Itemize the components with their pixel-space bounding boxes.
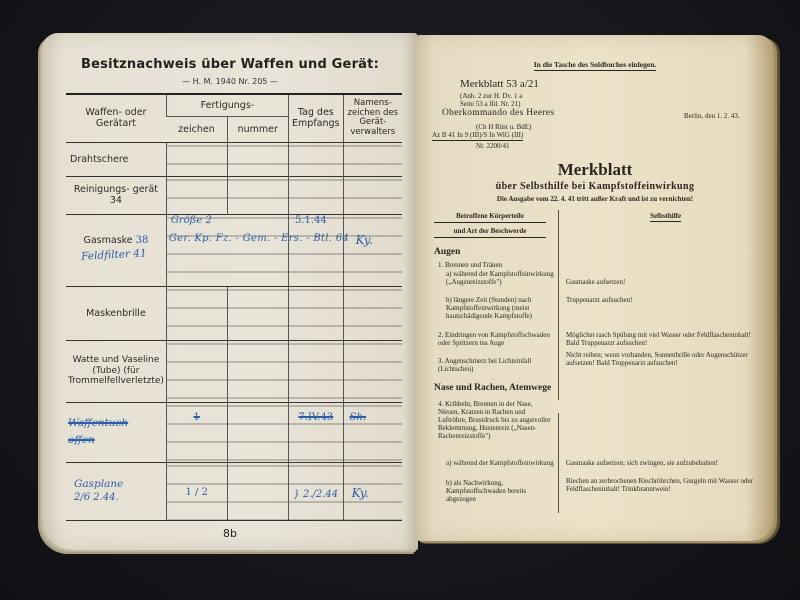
- cell: [166, 286, 227, 340]
- complaint-item: a) während der Kampfstoffeinwirkung: [446, 459, 554, 467]
- cell: [166, 340, 227, 402]
- handwritten-gasplane: Gasplane: [74, 479, 164, 490]
- cell: [343, 286, 402, 340]
- handwritten-signature: Ky.: [356, 233, 373, 247]
- col-header-mark: zeichen: [166, 116, 227, 142]
- complaint-item: b) längere Zeit (Stunden) nach Kampfstof…: [446, 296, 554, 320]
- cell: [227, 176, 288, 214]
- right-page-merkblatt: In die Tasche des Soldbuches einlegen. M…: [416, 35, 774, 541]
- cell: [227, 286, 288, 340]
- leaflet-title: Merkblatt: [416, 160, 774, 180]
- handwritten-item-struck-2: offen: [68, 435, 164, 446]
- leaflet-subtitle: über Selbsthilfe bei Kampfstoffeinwirkun…: [416, 181, 774, 192]
- office-code: (Ch H Rüst u. BdE): [476, 123, 531, 131]
- left-page-equipment-record: Besitznachweis über Waffen und Gerät: — …: [42, 33, 418, 550]
- cell: [343, 340, 402, 402]
- col-header-number: nummer: [227, 116, 288, 142]
- table-row: Watte und Vaseline (Tube) (für Trommelfe…: [66, 340, 402, 402]
- row-label: Maskenbrille: [66, 286, 166, 340]
- selfhelp-item: Gasmaske aufsetzen!: [566, 278, 625, 286]
- col-header-date-received: Tag des Empfangs: [288, 94, 343, 142]
- cell: [227, 402, 288, 462]
- section-heading-respiratory: Nase und Rachen, Atemwege: [434, 383, 551, 393]
- equipment-table: Waffen- oder Gerätart Fertigungs- Tag de…: [66, 93, 402, 521]
- annex-reference: (Anh. 2 zur H. Dv. 1 a Seite 53 a lfd. N…: [460, 92, 522, 108]
- supersede-note: Die Ausgabe vom 22. 4. 41 tritt außer Kr…: [416, 195, 774, 203]
- selfhelp-item: Truppenarzt aufsuchen!: [566, 296, 632, 304]
- cell: Sh.: [343, 402, 402, 462]
- table-row-struck: Waffentuch offen 1 7.IV.43 Sh.: [66, 402, 402, 462]
- cell: [166, 142, 227, 176]
- handwritten-qty-struck: 1: [194, 412, 200, 423]
- cell: [288, 340, 343, 402]
- cell: [343, 142, 402, 176]
- handwritten-date: 5.1.44: [295, 215, 327, 226]
- cell: [288, 286, 343, 340]
- file-reference: Az B 41 In 9 (III)/S In WiG (III): [432, 131, 523, 141]
- table-row-gasplane: Gasplane 2/6 2.44. 1 / 2 } 2./2.44 Ky.: [66, 462, 402, 520]
- issuing-authority: Oberkommando des Heeres: [442, 108, 554, 118]
- table-row: Maskenbrille: [66, 286, 402, 340]
- cell: [288, 176, 343, 214]
- col-header-item-type: Waffen- oder Gerätart: [66, 94, 166, 142]
- column-header-affected: Betroffene Körperteile und Art der Besch…: [434, 211, 546, 238]
- selfhelp-item: Gasmaske aufsetzen; sich zwingen, sie au…: [566, 459, 761, 467]
- complaint-item: 3. Augenschmerz bei Lichteinfall (Lichts…: [438, 357, 554, 373]
- cell: } 2./2.44: [288, 462, 343, 520]
- handwritten-filter-note: Feldfilter 41: [64, 247, 164, 263]
- table-row-gasmask: Gasmaske 38 Feldfilter 41 Größe 2 Ger. K…: [66, 214, 402, 286]
- cell: [166, 176, 227, 214]
- cell: Ky.: [343, 462, 402, 520]
- handwritten-38: 38: [136, 235, 149, 246]
- cell: 7.IV.43: [288, 402, 343, 462]
- handwritten-qty: 1 / 2: [185, 487, 207, 498]
- cell: [227, 142, 288, 176]
- table-row: Reinigungs- gerät 34: [66, 176, 402, 214]
- row-label: Reinigungs- gerät 34: [66, 176, 166, 214]
- complaint-item: 1. Brennen und Tränen: [438, 261, 556, 269]
- selfhelp-item: Möglichst rasch Spülung mit viel Wasser …: [566, 331, 761, 347]
- cell: [288, 142, 343, 176]
- column-divider: [558, 210, 559, 400]
- row-label-handwritten: Gasplane 2/6 2.44.: [66, 462, 166, 520]
- row-label-handwritten: Waffentuch offen: [66, 402, 166, 462]
- section-heading-eyes: Augen: [434, 247, 460, 257]
- handwritten-item-struck: Waffentuch: [68, 418, 164, 429]
- row-label: Gasmaske 38 Feldfilter 41: [66, 214, 166, 286]
- cell-mark-number: Größe 2 Ger. Kp. Fz. - Gem. - Ers. - Btl…: [166, 214, 288, 286]
- handwritten-size: Größe 2: [171, 215, 212, 226]
- cell: [343, 176, 402, 214]
- page-subtitle: — H. M. 1940 Nr. 205 —: [42, 77, 418, 86]
- cell: 1 / 2: [166, 462, 227, 520]
- cell-signature: Ky.: [343, 214, 402, 286]
- handwritten-signature: Ky.: [352, 486, 369, 500]
- complaint-item: 4. Kribbeln, Brennen in der Nase, Niesen…: [438, 400, 554, 440]
- document-number: Nr. 2200/41: [476, 142, 509, 150]
- merkblatt-number: Merkblatt 53 a/21: [460, 78, 539, 90]
- complaint-item: 2. Eindringen von Kampfstoffschwaden ode…: [438, 331, 554, 347]
- row-label: Watte und Vaseline (Tube) (für Trommelfe…: [66, 340, 166, 402]
- handwritten-date-struck: 7.IV.43: [298, 412, 333, 423]
- table-row: Drahtschere: [66, 142, 402, 176]
- column-divider: [558, 413, 559, 513]
- cell: [227, 462, 288, 520]
- col-header-signature: Namens- zeichen des Gerät- verwalters: [343, 94, 402, 142]
- insert-instruction: In die Tasche des Soldbuches einlegen.: [416, 60, 774, 69]
- column-header-selfhelp: Selbsthilfe: [650, 212, 681, 222]
- row-label: Drahtschere: [66, 142, 166, 176]
- complaint-item: a) während der Kampfstoffeinwirkung („Au…: [446, 270, 554, 286]
- handwritten-sign-struck: Sh.: [350, 412, 366, 423]
- complaint-item: b) als Nachwirkung, Kampfstoffschwaden b…: [446, 479, 554, 503]
- cell: 1: [166, 402, 227, 462]
- selfhelp-item: Nicht reiben; wenn vorhanden, Sonnenbril…: [566, 351, 761, 367]
- page-title: Besitznachweis über Waffen und Gerät:: [42, 57, 418, 72]
- place-date: Berlin, den 1. 2. 43.: [684, 112, 740, 120]
- cell: [227, 340, 288, 402]
- page-number: 8b: [42, 527, 418, 540]
- handwritten-date: } 2./2.44: [293, 489, 338, 500]
- cell-date: 5.1.44: [288, 214, 343, 286]
- col-header-manufacture: Fertigungs-: [166, 94, 288, 116]
- handwritten-gasplane-note: 2/6 2.44.: [74, 492, 164, 503]
- selfhelp-item: Riechen an zerbrochenen Riechröhrchen, G…: [566, 477, 761, 493]
